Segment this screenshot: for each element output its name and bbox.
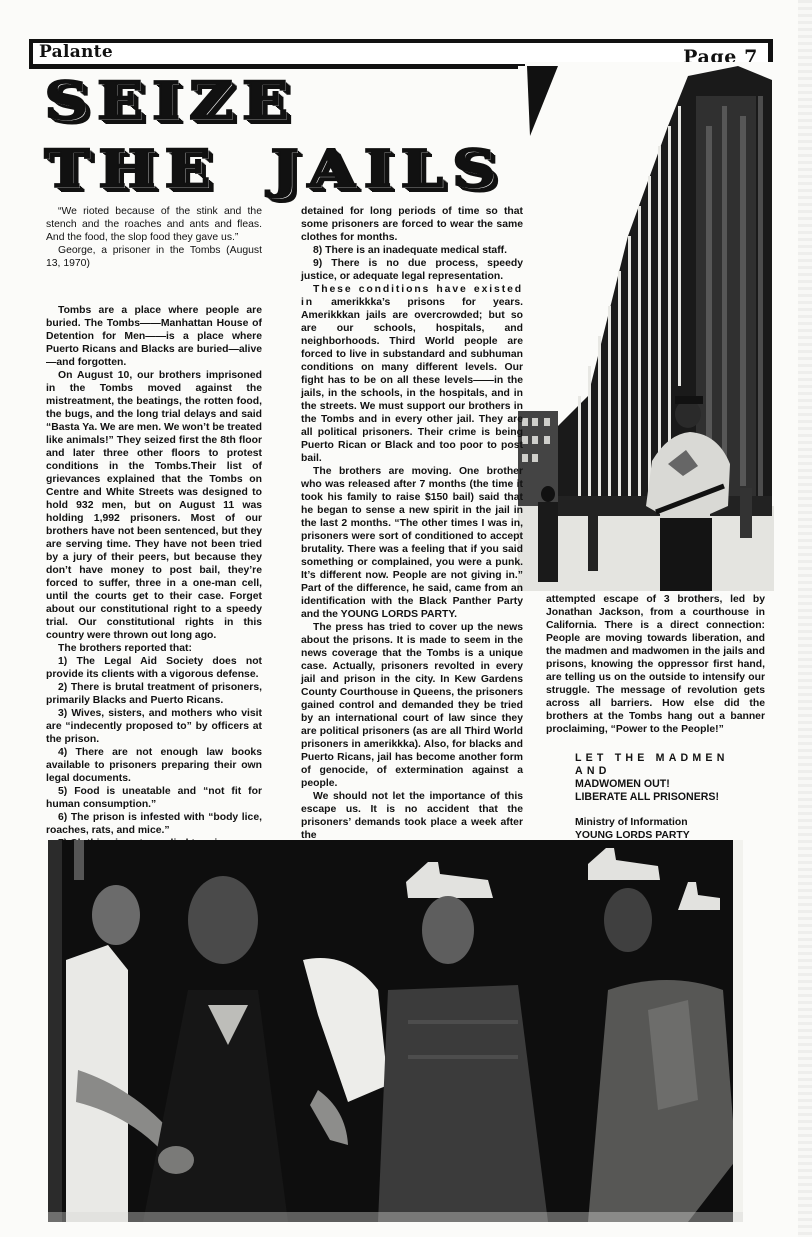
building-photo-illustration <box>518 66 774 591</box>
headline-line-1: SEIZE <box>44 72 599 132</box>
arrest-photo-illustration <box>48 840 743 1222</box>
grievance-item: 4) There are not enough law books availa… <box>46 746 262 785</box>
headline-line-2: THE JAILS <box>44 140 599 200</box>
grievance-item: 3) Wives, sisters, and mothers who visit… <box>46 707 262 746</box>
slogan-let-madmen: LET THE MADMEN AND <box>575 752 765 778</box>
paragraph-brothers-reported: The brothers reported that: <box>46 642 262 655</box>
signoff-ministry: Ministry of Information <box>575 816 765 829</box>
paragraph-escape-importance: We should not let the importance of this… <box>301 790 523 842</box>
article-column-3: attempted escape of 3 brothers, led by J… <box>546 593 765 842</box>
epigraph-attribution: George, a prisoner in the Tombs (August … <box>46 244 262 270</box>
grievance-item: 5) Food is uneatable and “not fit for hu… <box>46 785 262 811</box>
paragraph-august-10: On August 10, our brothers imprisoned in… <box>46 369 262 642</box>
grievance-7-continued: detained for long periods of time so tha… <box>301 205 523 244</box>
article-column-1: “We rioted because of the stink and the … <box>46 205 262 850</box>
paragraph-brothers-moving: The brothers are moving. One brother who… <box>301 465 523 621</box>
photo-tombs-building <box>518 66 774 591</box>
epigraph-quote: “We rioted because of the stink and the … <box>46 205 262 244</box>
grievance-item: 8) There is an inadequate medical staff. <box>301 244 523 257</box>
article-column-2: detained for long periods of time so tha… <box>301 205 523 842</box>
paragraph-press-coverup: The press has tried to cover up the news… <box>301 621 523 790</box>
paragraph-tombs-intro: Tombs are a place where people are burie… <box>46 304 262 369</box>
grievance-item: 2) There is brutal treatment of prisoner… <box>46 681 262 707</box>
grievance-item: 1) The Legal Aid Society does not provid… <box>46 655 262 681</box>
grievance-item: 6) The prison is infested with “body lic… <box>46 811 262 837</box>
grievance-item: 9) There is no due process, speedy justi… <box>301 257 523 283</box>
paragraph-conditions-body: amerikkka’s prisons for years. Amerikkka… <box>301 297 523 464</box>
photo-prisoners-with-police <box>48 840 743 1222</box>
signoff: Ministry of Information YOUNG LORDS PART… <box>546 816 765 842</box>
closing-slogans: LET THE MADMEN AND MADWOMEN OUT! LIBERAT… <box>546 752 765 804</box>
paragraph-escape-continued: attempted escape of 3 brothers, led by J… <box>546 593 765 736</box>
slogan-liberate-prisoners: LIBERATE ALL PRISONERS! <box>575 791 765 804</box>
publication-name: Palante <box>39 42 113 62</box>
headline: SEIZE THE JAILS <box>44 72 514 200</box>
newspaper-page: Palante Page 7 SEIZE THE JAILS <box>0 0 812 1237</box>
paragraph-conditions: These conditions have existed in amerikk… <box>301 283 523 465</box>
slogan-madwomen-out: MADWOMEN OUT! <box>575 778 765 791</box>
